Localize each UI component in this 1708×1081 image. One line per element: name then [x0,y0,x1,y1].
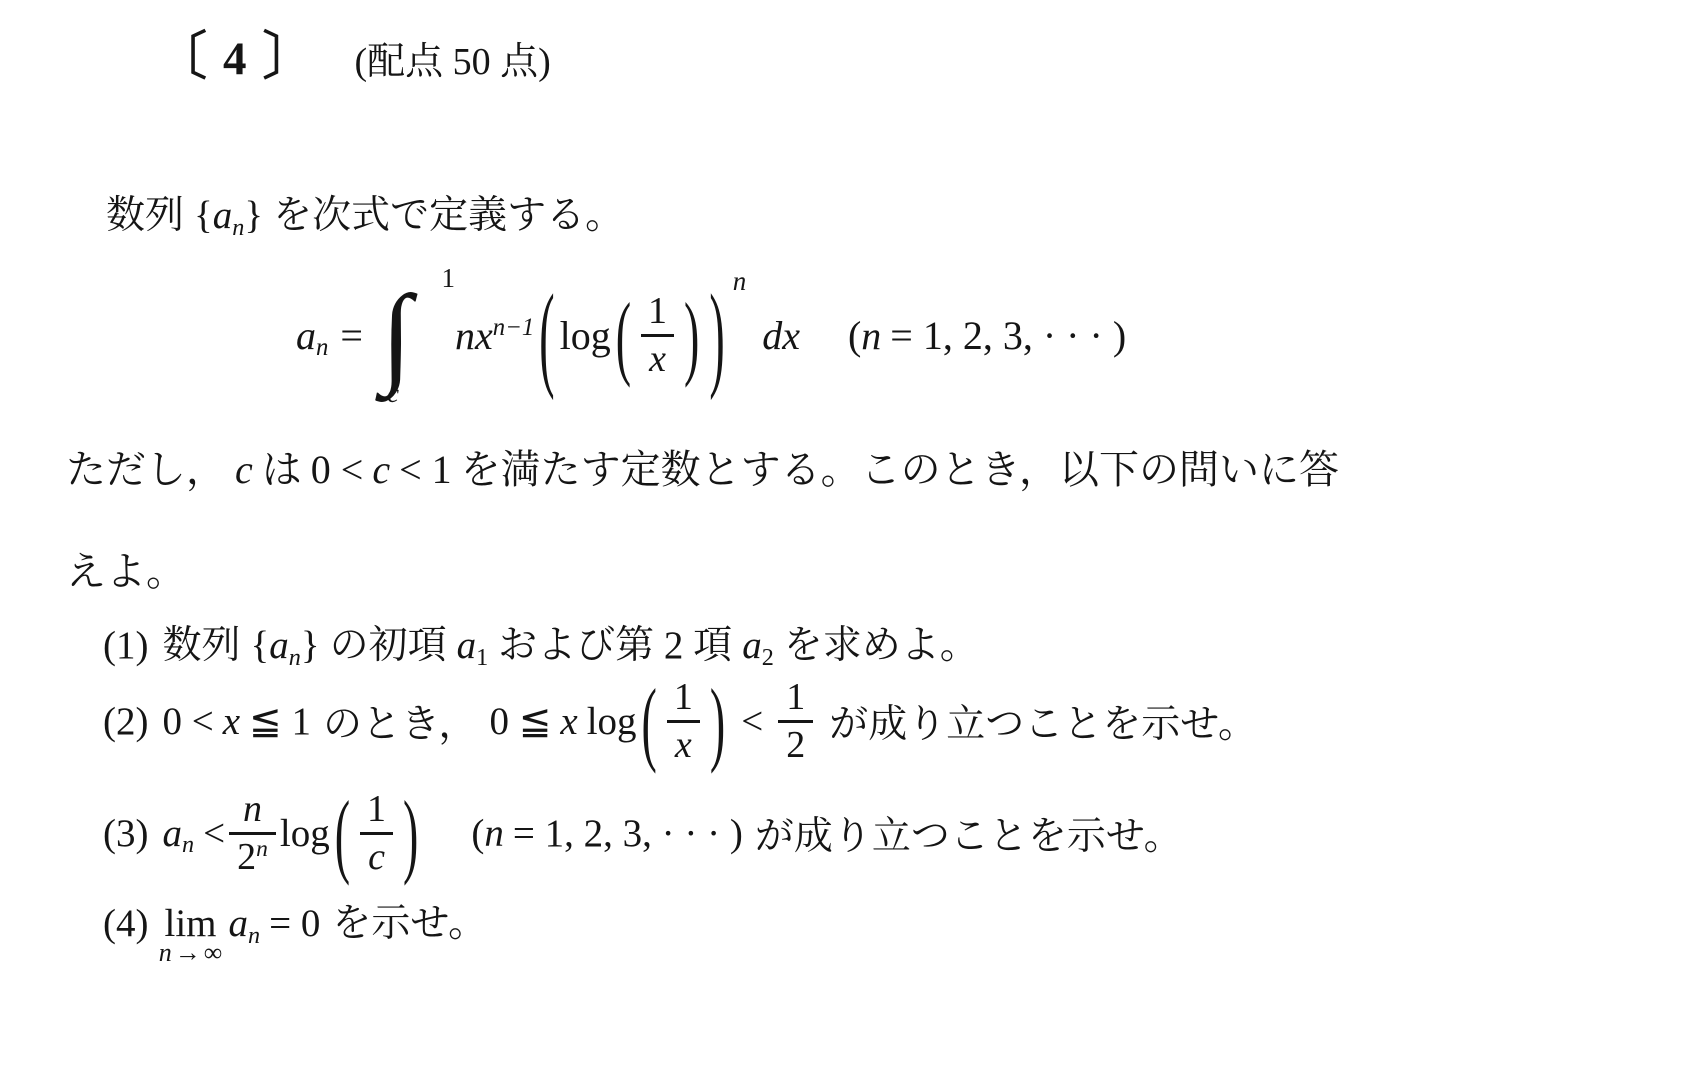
ineq-right: < 1 [399,446,452,493]
var-a: a [229,902,249,945]
c-inequality: 0 <c< 1 [311,446,452,493]
var-n: n [159,938,172,968]
definition-formula: an = ∫ 1 c nxn−1 ( log ( 1 x ) ) n dx (n… [296,262,1126,408]
question-3-label: (3) [103,811,148,856]
fraction-1-over-x: 1 x [666,676,701,766]
sequence-notation: {an} [194,194,263,237]
integral-sign: ∫ 1 c [377,265,451,405]
less-than-sign: < [741,699,763,744]
ineq2-left: 0 ≦ [489,699,551,744]
fraction-1-over-x: 1 x [640,290,675,380]
var-a: a [742,624,762,667]
var-a: a [269,624,289,667]
exponent-n-minus-1: n−1 [493,314,535,342]
term-a2: a2 [742,623,774,668]
q3-seg: が成り立つことを示せ。 [755,805,1183,861]
q1-seg4: を求めよ。 [784,614,979,670]
formula-lhs: an [296,312,328,359]
inner-paren-open: ( [616,281,631,390]
range-paren-open: ( [848,312,861,359]
open-tortoise-bracket: 〔 [155,14,207,89]
range-var-n: n [484,811,504,856]
intro-sentence: 数列{an}を次式で定義する。 [106,184,624,240]
an-inequality: an< [162,811,225,856]
q4-seg: を示せ。 [332,892,487,948]
brace-close: } [244,194,263,237]
var-a: a [457,624,477,667]
equals-sign: = [340,312,363,359]
problem-number: 4 [223,32,247,86]
fraction-denominator: x [667,720,700,767]
big-paren-open: ( [539,267,554,402]
question-1-label: (1) [103,623,148,668]
log-word: log [560,312,611,359]
fraction-1-over-2: 1 2 [778,676,813,766]
q1-sequence-notation: {an} [251,623,320,668]
integral-upper-limit: 1 [441,263,455,294]
equals-zero: = 0 [269,901,320,946]
outer-exponent-n: n [733,266,747,297]
fraction-denominator: 2n [229,832,276,879]
brace-close: } [301,624,320,667]
brace-open: { [251,624,270,667]
constraint-paragraph-line1: ただし，cは0 <c< 1を満たす定数とする。このとき，以下の問いに答 [66,438,1339,495]
q1-seg2: の初項 [330,614,447,670]
constraint-paragraph-line2: えよ。 [66,540,186,597]
intro-text-after: を次式で定義する。 [273,194,624,237]
big-paren-close: ) [710,667,725,776]
range-values: = 1, 2, 3, · · · ) [890,312,1126,359]
integral-lower-limit: c [387,378,399,409]
var-c: c [235,447,253,492]
question-2: (2) 0 <x≦ 1 のとき， 0 ≦xlog ( 1 x ) < 1 2 が… [103,664,1257,778]
problem-header: 〔 4 〕 (配点 50 点) [155,14,551,89]
question-4: (4) lim n→∞ an= 0 を示せ。 [103,892,487,948]
integrand-power-term: nxn−1 [455,312,534,359]
question-1: (1) 数列{an}の初項a1および第 2 項a2を求めよ。 [103,614,979,670]
sub-n: n [182,831,194,858]
range-values: = 1, 2, 3, · · · ) [513,811,743,856]
sub-n: n [232,214,244,241]
less-than-sign: < [203,811,225,856]
infinity-symbol: ∞ [204,938,223,968]
arrow-icon: → [175,938,201,968]
fraction-1-over-c: 1 c [359,788,394,878]
var-a: a [162,812,182,855]
ineq1-left: 0 < [162,699,213,744]
term-an: an [162,811,194,856]
n-range-note: (n= 1, 2, 3, · · · ) [848,312,1126,359]
var-a: a [213,194,233,237]
q1-seg1: 数列 [162,614,240,670]
xlog-inequality-left: 0 ≦xlog [489,699,636,744]
nx-term: nx [455,312,493,359]
big-paren-close: ) [709,267,724,402]
an-equals-zero: an= 0 [229,901,321,946]
range-var-n: n [861,312,881,359]
log-word: log [587,699,637,744]
fraction-denominator: c [360,832,393,879]
fraction-denominator: x [641,334,674,381]
q2-seg2: が成り立つことを示せ。 [829,693,1257,749]
para-seg1: ただし， [66,447,226,492]
fraction-numerator: n [235,788,270,832]
question-2-label: (2) [103,699,148,744]
fraction-numerator: 1 [778,676,813,720]
intro-text-before: 数列 [106,194,184,237]
big-paren-open: ( [642,667,657,776]
differential-dx: dx [762,312,800,359]
big-paren-close: ) [403,779,418,888]
x-range-inequality: 0 <x≦ 1 [162,699,311,744]
fraction-denominator: 2 [778,720,813,767]
close-tortoise-bracket: 〕 [263,14,315,89]
sub-n: n [316,334,328,362]
question-3: (3) an< n 2n log ( 1 c ) (n= 1, 2, 3, · … [103,776,1183,890]
big-paren-open: ( [335,779,350,888]
fraction-n-over-2n: n 2n [229,788,276,878]
ineq-var-c: c [372,446,390,493]
var-x: x [223,699,240,744]
para-seg2: は [262,447,302,492]
ineq1-right: ≦ 1 [249,699,311,744]
base-2: 2 [237,836,256,878]
points-note: (配点 50 点) [355,30,551,85]
brace-open: { [194,194,213,237]
var-x: x [560,699,577,744]
para-seg3: を満たす定数とする。このとき，以下の問いに答 [461,447,1339,492]
var-a: a [296,312,316,359]
inner-paren-close: ) [684,281,699,390]
n-range-note: (n= 1, 2, 3, · · · ) [471,811,742,856]
q2-seg1: のとき， [323,693,477,749]
log-word: log [280,811,330,856]
q1-seg3: および第 2 項 [498,614,732,670]
fraction-numerator: 1 [666,676,701,720]
ineq-left: 0 < [311,446,364,493]
term-a1: a1 [457,623,489,668]
exponent-n: n [256,836,268,862]
limit-operator: lim n→∞ [164,901,216,946]
fraction-numerator: 1 [359,788,394,832]
fraction-numerator: 1 [640,290,675,334]
sub-n: n [248,922,260,949]
range-paren-open: ( [471,811,484,856]
term-an: an [229,901,261,946]
question-4-label: (4) [103,901,148,946]
limit-subscript: n→∞ [159,938,223,968]
